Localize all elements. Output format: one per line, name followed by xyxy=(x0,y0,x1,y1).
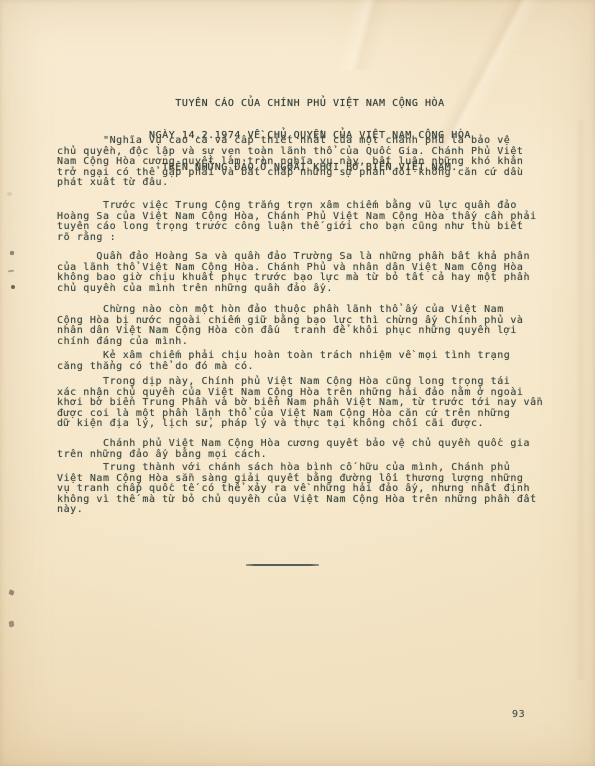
paragraph: Chánh phủ Việt Nam Cộng Hòa cương quyết … xyxy=(57,439,530,460)
text-line: căng thẳng có thể do đó mà có. xyxy=(57,362,510,373)
paper-crease xyxy=(573,120,587,680)
paragraph: Trong dịp này, Chính phủ Việt Nam Cộng H… xyxy=(57,377,543,430)
text-line: Chánh phủ Việt Nam Cộng Hòa cương quyết … xyxy=(57,439,530,450)
text-line: Trong dịp này, Chính phủ Việt Nam Cộng H… xyxy=(57,377,543,388)
text-line: Trước việc Trung Cộng trắng trợn xâm chi… xyxy=(57,201,537,212)
paragraph: Kẻ xâm chiếm phải chịu hoàn toàn trách n… xyxy=(57,351,510,372)
paper-crease xyxy=(250,0,470,70)
scanned-document-page: TUYÊN CÁO CỦA CHÍNH PHỦ VIỆT NAM CỘNG HÒ… xyxy=(0,0,595,766)
margin-mark xyxy=(10,251,15,256)
margin-mark xyxy=(9,621,15,628)
margin-mark xyxy=(8,589,14,595)
paragraph: Quần đảo Hoàng Sa và quần đảo Trường Sa … xyxy=(57,252,530,294)
title-line: TUYÊN CÁO CỦA CHÍNH PHỦ VIỆT NAM CỘNG HÒ… xyxy=(25,99,595,110)
paragraph: Trước việc Trung Cộng trắng trợn xâm chi… xyxy=(57,201,537,243)
text-line: không vì thế mà từ bỏ chủ quyền của Việt… xyxy=(57,495,537,506)
paragraph: Chừng nào còn một hòn đảo thuộc phần lãn… xyxy=(57,305,524,347)
text-line: Quần đảo Hoàng Sa và quần đảo Trường Sa … xyxy=(57,252,530,263)
margin-mark xyxy=(11,285,15,289)
text-line: Chừng nào còn một hòn đảo thuộc phần lãn… xyxy=(57,305,524,316)
text-line: này. xyxy=(57,505,537,516)
text-line: "Nghĩa vụ cao cả và cấp thiết nhất của m… xyxy=(57,136,524,147)
text-line: chủ quyền của mình trên những quần đảo ấ… xyxy=(57,284,530,295)
text-line: trên những đảo ấy bằng mọi cách. xyxy=(57,450,530,461)
paper-blemish xyxy=(7,192,12,196)
paragraph: "Nghĩa vụ cao cả và cấp thiết nhất của m… xyxy=(57,136,524,189)
text-line: Kẻ xâm chiếm phải chịu hoàn toàn trách n… xyxy=(57,351,510,362)
text-line: phát xuất từ đâu. xyxy=(57,178,524,189)
text-line: rõ rằng : xyxy=(57,233,537,244)
margin-mark xyxy=(8,270,14,273)
text-line: Trung thành với chánh sách hòa bình cố h… xyxy=(57,463,537,474)
text-line: tuyên cáo long trọng trước công luận thế… xyxy=(57,222,537,233)
paragraph: Trung thành với chánh sách hòa bình cố h… xyxy=(57,463,537,516)
closing-rule xyxy=(246,564,319,566)
text-line: dữ kiện địa lý, lịch sử, pháp lý và thực… xyxy=(57,419,543,430)
text-line: chính đáng của mình. xyxy=(57,337,524,348)
page-number: 93 xyxy=(512,709,525,720)
